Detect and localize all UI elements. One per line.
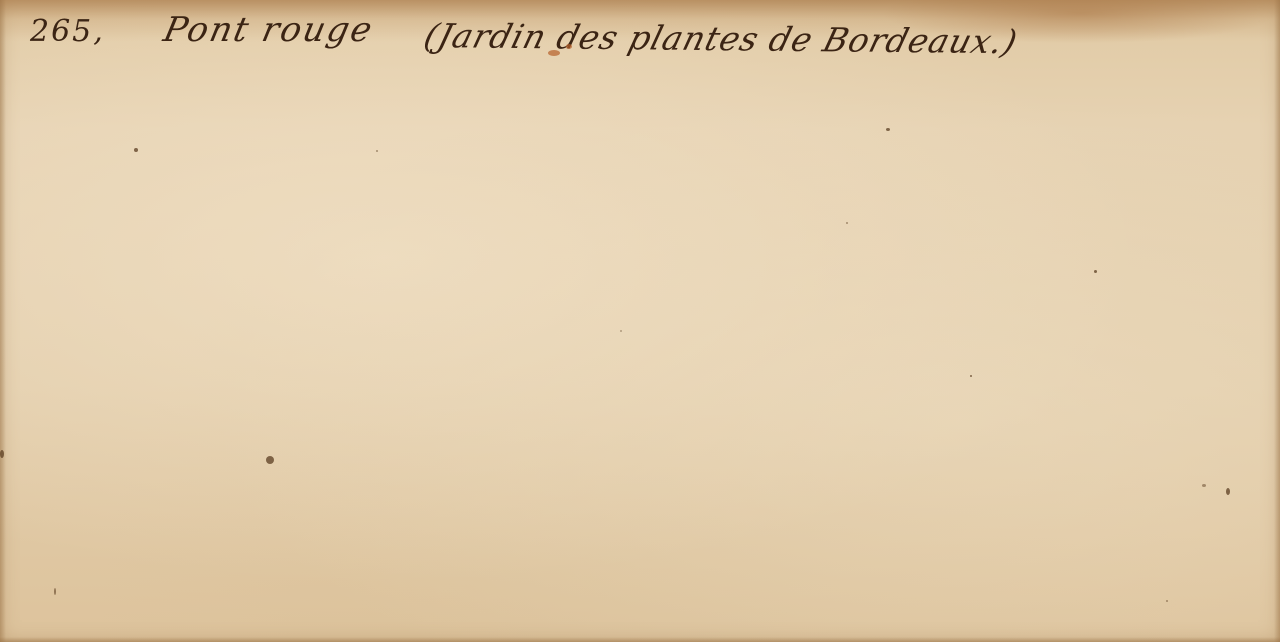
bottom-edge-wear: [0, 637, 1280, 642]
left-edge-wear: [0, 0, 6, 642]
speck: [1094, 270, 1097, 273]
speck: [0, 450, 4, 458]
speck: [886, 128, 890, 131]
speck: [134, 148, 138, 152]
rust-spot: [566, 44, 572, 49]
inscription-location: (Jardin des plantes de Bordeaux.): [420, 16, 1022, 61]
speck: [620, 330, 622, 332]
card-back: 265, Pont rouge (Jardin des plantes de B…: [0, 0, 1280, 642]
speck: [1166, 600, 1168, 602]
speck: [266, 456, 274, 464]
speck: [1226, 488, 1230, 495]
speck: [846, 222, 848, 224]
inscription-title: Pont rouge: [160, 10, 377, 50]
speck: [970, 375, 972, 377]
catalog-number: 265,: [30, 14, 105, 49]
rust-spot: [548, 50, 560, 56]
right-edge-wear: [1274, 0, 1280, 642]
speck: [1202, 484, 1206, 487]
handwritten-inscription: 265, Pont rouge (Jardin des plantes de B…: [30, 6, 1250, 76]
speck: [376, 150, 378, 152]
speck: [54, 588, 56, 595]
